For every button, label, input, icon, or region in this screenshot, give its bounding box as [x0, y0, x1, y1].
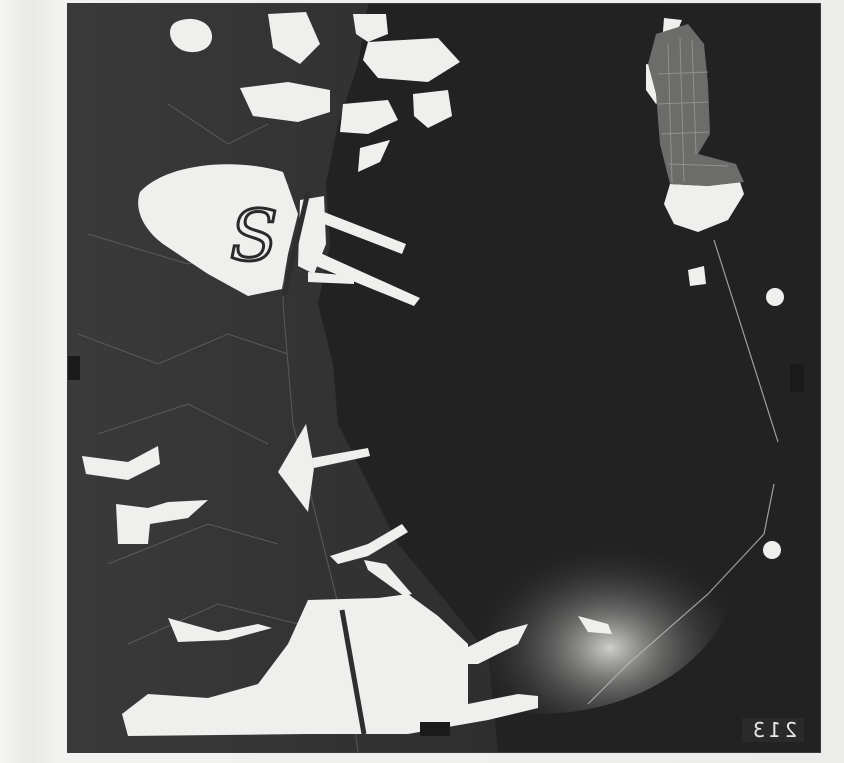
- aerial-photo: S: [68, 4, 820, 752]
- frame-number: 213: [742, 718, 804, 742]
- handwritten-marking: S: [230, 195, 278, 277]
- scan-background: S 213: [0, 0, 844, 763]
- photo-frame: S 213: [68, 4, 820, 752]
